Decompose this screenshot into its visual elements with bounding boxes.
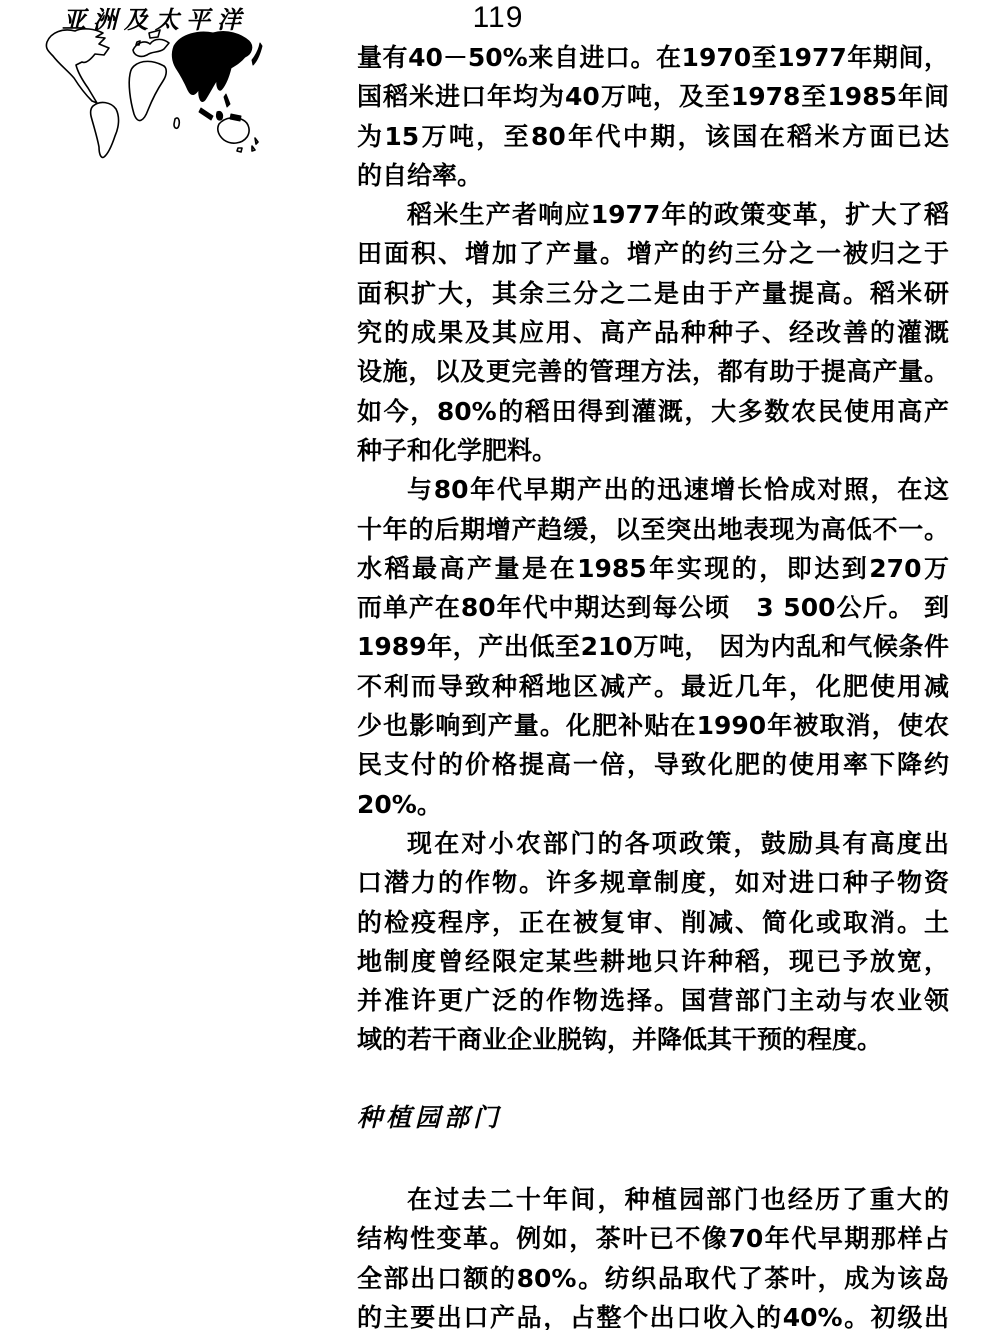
continent-south-america — [91, 102, 119, 157]
text-line: 与80年代早期产出的迅速增长恰成对照，在这 — [357, 470, 949, 509]
text-line: 稻米生产者响应1977年的政策变革，扩大了稻 — [357, 195, 949, 234]
text-line: 田面积、增加了产量。增产的约三分之一被归之于 — [357, 234, 949, 273]
tasmania-outline — [237, 148, 242, 152]
text-line: 域的若干商业企业脱钩，并降低其干预的程度。 — [357, 1020, 949, 1059]
text-line: 国稻米进口年均为40万吨，及至1978至1985年间降 — [357, 77, 949, 116]
text-line: 种子和化学肥料。 — [357, 431, 949, 470]
text-line: 究的成果及其应用、高产品种种子、经改善的灌溉 — [357, 313, 949, 352]
text-line: 20%。 — [357, 785, 949, 824]
text-line: 口潜力的作物。许多规章制度，如对进口种子物资 — [357, 863, 949, 902]
section-heading: 种植园部门 — [357, 1098, 949, 1137]
text-line: 为15万吨，至80年代中期，该国在稻米方面已达90% — [357, 117, 949, 156]
text-line: 不利而导致种稻地区减产。最近几年，化肥使用减 — [357, 667, 949, 706]
text-line: 的自给率。 — [357, 156, 949, 195]
text-line: 水稻最高产量是在1985年实现的，即达到270万吨， — [357, 549, 949, 588]
scandinavia-outline — [149, 30, 160, 38]
text-line: 全部出口额的80%。纺织品取代了茶叶，成为该岛 — [357, 1259, 949, 1298]
world-map-asia-highlighted-icon — [33, 24, 265, 166]
philippines-filled — [224, 94, 230, 107]
new-guinea-filled — [230, 114, 241, 121]
text-line: 地制度曾经限定某些耕地只许种稻，现已予放宽， — [357, 942, 949, 981]
scanned-book-page: 亚洲及太平洋 119 — [0, 0, 1000, 1330]
text-line: 的主要出口产品，占整个出口收入的40%。初级出 — [357, 1298, 949, 1330]
text-line: 在过去二十年间，种植园部门也经历了重大的 — [357, 1180, 949, 1219]
new-zealand-outline — [252, 138, 258, 151]
text-line: 少也影响到产量。化肥补贴在1990年被取消，使农 — [357, 706, 949, 745]
text-line: 结构性变革。例如，茶叶已不像70年代早期那样占 — [357, 1219, 949, 1258]
text-line: 现在对小农部门的各项政策，鼓励具有高度出 — [357, 824, 949, 863]
text-line: 民支付的价格提高一倍，导致化肥的使用率下降约 — [357, 745, 949, 784]
asia-region-filled — [172, 32, 252, 102]
japan-filled — [252, 43, 262, 65]
text-line: 的检疫程序，正在被复审、削减、简化或取消。土 — [357, 903, 949, 942]
text-line: 面积扩大，其余三分之二是由于产量提高。稻米研 — [357, 274, 949, 313]
page-number: 119 — [458, 1, 538, 35]
text-line: 量有40－50%来自进口。在1970至1977年期间，该 — [357, 38, 949, 77]
continent-africa — [129, 61, 166, 120]
sumatra-java-filled — [199, 108, 213, 120]
continent-north-america — [46, 29, 109, 103]
text-line: 如今，80%的稻田得到灌溉，大多数农民使用高产 — [357, 392, 949, 431]
text-line: 1989年，产出低至210万吨， 因为内乱和气候条件 — [357, 627, 949, 666]
body-text-column: 量有40－50%来自进口。在1970至1977年期间，该 国稻米进口年均为40万… — [357, 38, 949, 1330]
world-map-illustration — [33, 24, 265, 166]
continent-australia — [218, 118, 249, 143]
text-line: 设施，以及更完善的管理方法，都有助于提高产量。 — [357, 352, 949, 391]
madagascar-outline — [174, 118, 179, 128]
text-line: 而单产在80年代中期达到每公顷 3 500公斤。 到 — [357, 588, 949, 627]
borneo-filled — [216, 111, 222, 120]
text-line: 并准许更广泛的作物选择。国营部门主动与农业领 — [357, 981, 949, 1020]
text-line: 十年的后期增产趋缓，以至突出地表现为高低不一。 — [357, 510, 949, 549]
